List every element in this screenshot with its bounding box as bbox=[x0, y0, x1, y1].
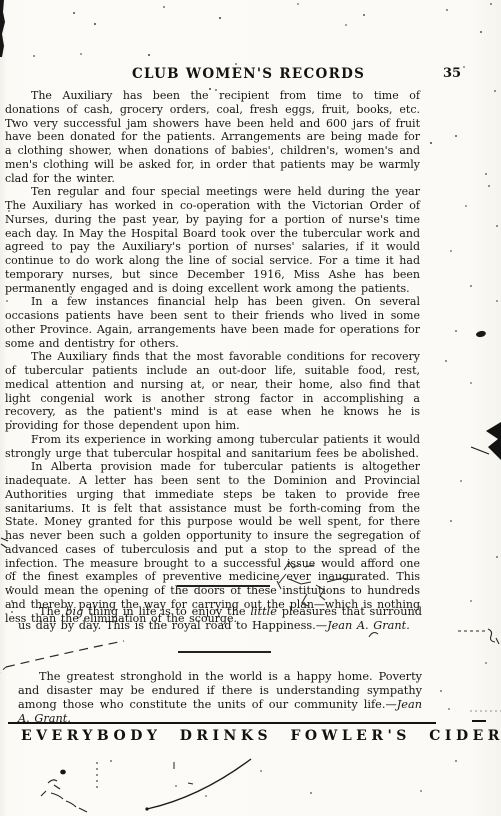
ink-blob-small bbox=[475, 330, 486, 338]
paragraph: The Auxiliary has been the recipient fro… bbox=[5, 89, 420, 185]
section-divider bbox=[177, 585, 270, 587]
pen-tick bbox=[369, 633, 378, 637]
ink-blob-tail bbox=[471, 447, 489, 454]
pen-swoosh bbox=[147, 759, 251, 809]
quote-text: thing in life is to enjoy the bbox=[83, 605, 250, 618]
page-title: CLUB WOMEN'S RECORDS bbox=[132, 66, 365, 82]
pen-scribble-bottom bbox=[41, 780, 87, 812]
scan-noise-specks bbox=[0, 0, 2, 2]
quote-author: Jean A. Grant. bbox=[327, 619, 410, 632]
binding-edge-mark bbox=[0, 0, 5, 57]
ink-blob-large bbox=[486, 422, 501, 460]
pen-dash-line-left bbox=[6, 641, 124, 667]
advertisement-slogan: EVERYBODY DRINKS FOWLER'S CIDER bbox=[21, 728, 501, 744]
quote-text: The greatest stronghold in the world is … bbox=[18, 670, 422, 711]
page-number: 35 bbox=[443, 66, 461, 81]
pen-swoosh-dot bbox=[145, 807, 148, 810]
paragraph: The Auxiliary finds that the most favora… bbox=[5, 350, 420, 433]
quote-block: The big thing in life is to enjoy the li… bbox=[18, 605, 422, 633]
quote-emphasis: little bbox=[250, 605, 277, 618]
body-text-column: The Auxiliary has been the recipient fro… bbox=[5, 89, 420, 625]
pen-hook bbox=[488, 629, 499, 644]
quote-block: The greatest stronghold in the world is … bbox=[18, 670, 422, 726]
quote-text: The bbox=[39, 605, 65, 618]
advertisement-rule bbox=[8, 722, 436, 724]
advertisement-rule-fragment bbox=[472, 720, 486, 722]
paragraph: From its experience in working among tub… bbox=[5, 433, 420, 461]
scanned-book-page: CLUB WOMEN'S RECORDS 35 The Auxiliary ha… bbox=[0, 0, 501, 816]
paragraph: In a few instances financial help has be… bbox=[5, 295, 420, 350]
paragraph: Ten regular and four special meetings we… bbox=[5, 185, 420, 295]
pen-dash-line-left-tail bbox=[0, 667, 6, 674]
paragraph: In Alberta provision made for tubercular… bbox=[5, 460, 420, 625]
quote-emphasis: big bbox=[65, 605, 83, 618]
ink-dot bbox=[60, 770, 66, 775]
section-divider bbox=[178, 651, 271, 653]
pen-mark-small bbox=[174, 762, 193, 784]
